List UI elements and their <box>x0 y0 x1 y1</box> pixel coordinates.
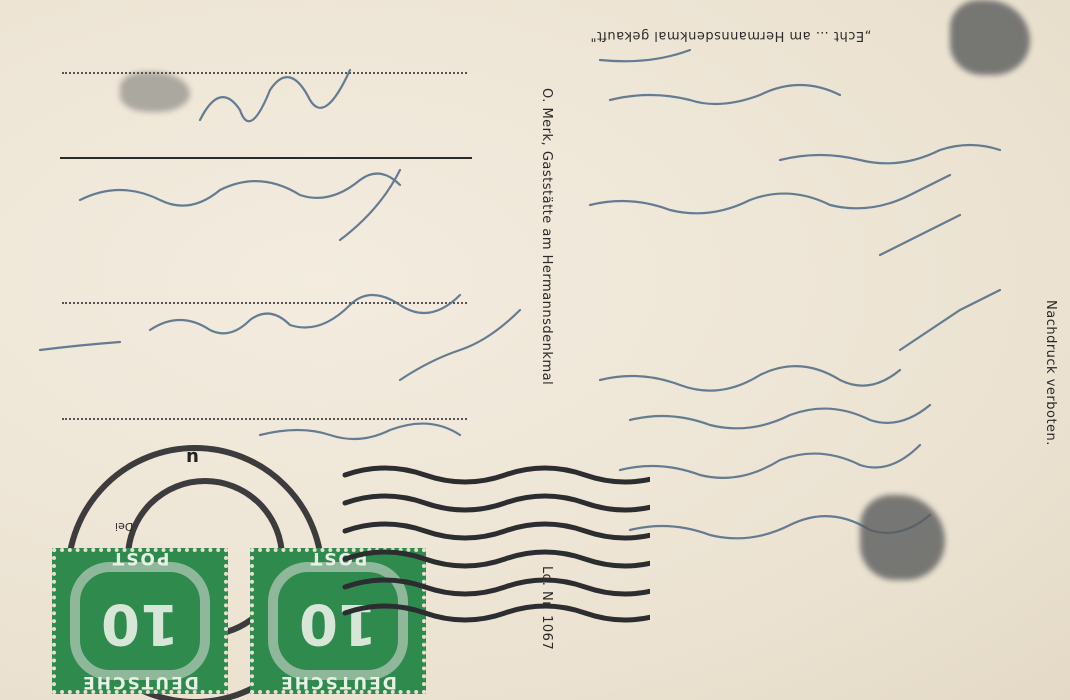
postmark-letter: u <box>186 447 199 468</box>
postmark-small-text: Dei <box>115 520 133 533</box>
stamp-country-top: DEUTSCHE <box>254 672 422 692</box>
ink-smudge <box>120 72 190 112</box>
cancellation-wavy-lines <box>340 455 650 625</box>
postcard-back: O. Merk, Gaststätte am Hermannsdenkmal L… <box>0 0 1070 700</box>
stamp-country-bottom: POST <box>56 548 224 568</box>
stamp-country-top: DEUTSCHE <box>56 672 224 692</box>
stamp-value: 10 <box>56 591 224 656</box>
postage-stamp-1: DEUTSCHE 10 POST <box>52 548 228 694</box>
